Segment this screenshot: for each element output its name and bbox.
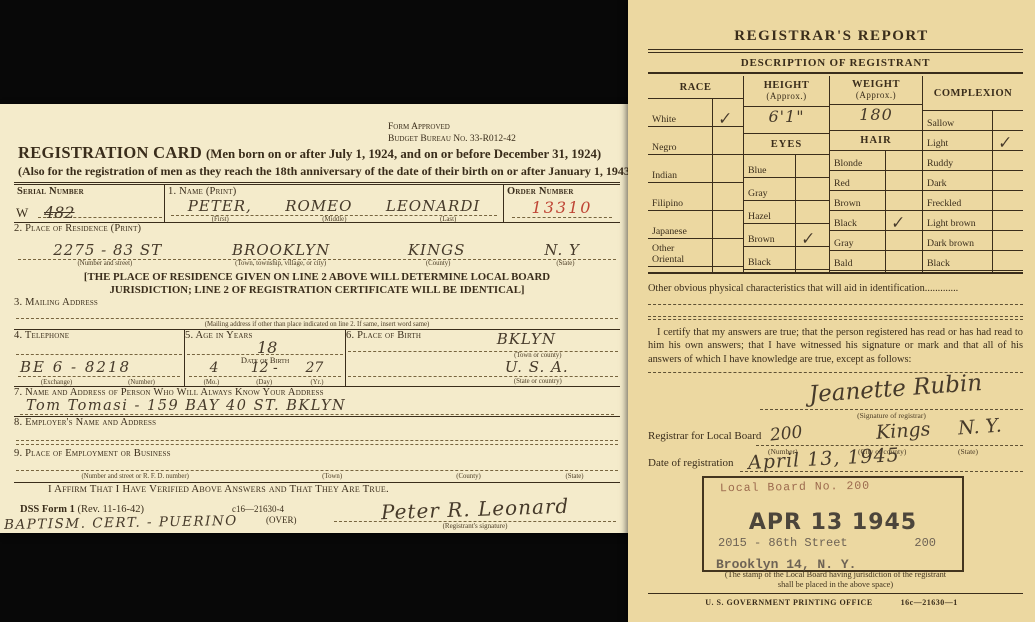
dotted-line xyxy=(16,354,182,355)
complexion-row-light-brown: Light brown xyxy=(923,211,1023,231)
card-title-line: REGISTRATION CARD (Men born on or after … xyxy=(18,143,601,163)
race-check-cell xyxy=(712,211,743,238)
local-board-stamp: Local Board No. 200 APR 13 1945 2015 - 8… xyxy=(702,476,964,572)
employer-field: 8. Employer's Name and Address xyxy=(14,417,620,448)
hair-row-bald: Bald xyxy=(830,251,922,271)
name-sub-middle: (Middle) xyxy=(322,216,346,223)
over-label: (OVER) xyxy=(266,515,297,525)
race-option-label: Filipino xyxy=(648,183,712,210)
race-check-cell xyxy=(712,183,743,210)
row-telephone-age-birth: 4. Telephone BE 6 - 8218 (Exchange) (Num… xyxy=(14,330,620,387)
residence-sub-city: (Town, township, village, or city) xyxy=(196,260,366,270)
complexion-filler xyxy=(923,271,992,272)
hair-check-cell xyxy=(885,171,922,190)
jurisdiction-line1: [THE PLACE OF RESIDENCE GIVEN ON LINE 2 … xyxy=(14,271,620,284)
eyes-option-label: Brown xyxy=(744,224,795,246)
height-value-handwriting: 6'1" xyxy=(744,107,829,134)
form-number: DSS Form 1 xyxy=(20,504,75,515)
race-row-indian: Indian xyxy=(648,155,743,183)
birth-country-handwriting: U. S. A. xyxy=(505,358,569,376)
race-check-cell: ✓ xyxy=(712,99,743,126)
card-subtitle: (Also for the registration of men as the… xyxy=(18,164,628,179)
date-of-birth-handwriting: 4 12 - 27 xyxy=(189,360,341,377)
signature-line: Peter R. Leonard xyxy=(334,497,616,522)
name-sublabels: (First) (Middle) (Last) xyxy=(165,216,503,223)
race-option-label: Other Oriental xyxy=(648,239,712,266)
scanned-documents-page: Form Approved Budget Bureau No. 33-R012-… xyxy=(0,0,1035,622)
stamp-board-line: Local Board No. 200 xyxy=(720,480,870,496)
telephone-sub-number: (Number) xyxy=(99,379,184,386)
eyes-header: EYES xyxy=(744,134,829,155)
eyes-options: BlueGrayHazelBrown✓Black xyxy=(744,155,829,272)
telephone-sublabels: (Exchange) (Number) xyxy=(14,379,184,386)
employment-label: 9. Place of Employment or Business xyxy=(14,448,620,459)
mailing-address-label: 3. Mailing Address xyxy=(14,297,620,308)
eyes-option-label: Gray xyxy=(744,178,795,200)
card-title: REGISTRATION CARD xyxy=(18,143,202,162)
hair-options: BlondeRedBrownBlack✓GrayBald xyxy=(830,151,922,272)
dotted-line xyxy=(16,318,618,319)
employment-sub-town: (Town) xyxy=(256,473,408,480)
dotted-line xyxy=(16,440,618,441)
birth-town-handwriting: BKLYN xyxy=(497,330,556,348)
weight-value-handwriting: 180 xyxy=(830,105,922,131)
eyes-row-brown: Brown✓ xyxy=(744,224,829,247)
board-city-handwriting: Kings xyxy=(875,418,931,444)
complexion-option-label: Dark xyxy=(923,171,992,190)
name-sub-first: (First) xyxy=(212,216,229,223)
other-characteristics-line: Other obvious physical characteristics t… xyxy=(648,283,1023,294)
residence-sub-street: (Number and street) xyxy=(14,260,196,270)
telephone-handwriting: BE 6 - 8218 xyxy=(18,358,180,377)
complexion-option-label: Dark brown xyxy=(923,231,992,250)
residence-sub-state: (State) xyxy=(511,260,620,270)
form-revision: (Rev. 11-16-42) xyxy=(77,504,144,515)
name-field: 1. Name (Print) PETER, ROMEO LEONARDI (F… xyxy=(164,185,503,222)
order-number-label: Order Number xyxy=(504,185,620,197)
card-title-note: (Men born on or after July 1, 1924, and … xyxy=(206,147,601,161)
hair-checkmark: ✓ xyxy=(889,212,905,233)
printing-code: 16c—21630—1 xyxy=(901,598,958,607)
registration-date-label: Date of registration xyxy=(648,457,734,469)
spacer xyxy=(504,218,620,222)
hair-check-cell xyxy=(885,151,922,170)
place-of-birth-field: 6. Place of Birth BKLYN (Town or county)… xyxy=(345,330,620,386)
complexion-row-dark-brown: Dark brown xyxy=(923,231,1023,251)
race-header: RACE xyxy=(648,76,743,99)
stamp-caption: (The stamp of the Local Board having jur… xyxy=(648,570,1023,590)
height-approx-label: (Approx.) xyxy=(744,92,829,102)
hair-option-label: Red xyxy=(830,171,885,190)
hair-option-label: Gray xyxy=(830,231,885,250)
registrant-signature-handwriting: Peter R. Leonard xyxy=(380,494,569,525)
serial-number-label: Serial Number xyxy=(14,185,164,197)
complexion-row-sallow: Sallow xyxy=(923,111,1023,131)
dob-sublabels: (Mo.) (Day) (Yr.) xyxy=(185,379,345,386)
complexion-filler-row xyxy=(923,271,1023,272)
dob-sub-month: (Mo.) xyxy=(185,379,238,386)
place-of-birth-label: 6. Place of Birth xyxy=(346,330,620,341)
telephone-field: 4. Telephone BE 6 - 8218 (Exchange) (Num… xyxy=(14,330,184,386)
complexion-filler-check xyxy=(992,271,1023,272)
print-code: c16—21630-4 xyxy=(232,504,284,514)
weight-approx-label: (Approx.) xyxy=(830,91,922,101)
complexion-option-label: Light xyxy=(923,131,992,150)
complexion-checkmark: ✓ xyxy=(996,132,1012,153)
complexion-check-cell xyxy=(992,231,1023,250)
telephone-sub-exchange: (Exchange) xyxy=(14,379,99,386)
serial-number-field: Serial Number W 482 xyxy=(14,185,164,222)
complexion-row-freckled: Freckled xyxy=(923,191,1023,211)
jurisdiction-line2: JURISDICTION; LINE 2 OF REGISTRATION CER… xyxy=(14,284,620,297)
residence-county: KINGS xyxy=(365,241,509,259)
name-first: PETER, xyxy=(188,197,252,215)
employment-sub-state: (State) xyxy=(529,473,620,480)
dashed-line xyxy=(648,319,1023,320)
dob-day: 12 - xyxy=(239,360,289,376)
hair-option-label: Black xyxy=(830,211,885,230)
dob-month: 4 xyxy=(189,360,239,376)
stamp-street: 2015 - 86th Street xyxy=(718,536,848,550)
eyes-filler-check xyxy=(795,270,829,272)
complexion-row-light: Light✓ xyxy=(923,131,1023,151)
race-row-negro: Negro xyxy=(648,127,743,155)
complexion-check-cell xyxy=(992,111,1023,130)
eyes-filler xyxy=(744,270,795,272)
eyes-option-label: Blue xyxy=(744,155,795,177)
name-handwriting: PETER, ROMEO LEONARDI xyxy=(171,197,497,216)
eyes-option-label: Hazel xyxy=(744,201,795,223)
serial-prefix: W xyxy=(16,205,28,221)
residence-handwriting: 2275 - 83 ST BROOKLYN KINGS N. Y xyxy=(18,234,616,260)
double-rule xyxy=(648,49,1023,53)
form-grid: Serial Number W 482 1. Name (Print) PETE… xyxy=(14,182,620,533)
employment-sub-county: (County) xyxy=(408,473,529,480)
hair-check-cell xyxy=(885,251,922,270)
dashed-line xyxy=(648,316,1023,317)
residence-sublabels: (Number and street) (Town, township, vil… xyxy=(14,260,620,270)
printing-office-footer: U. S. GOVERNMENT PRINTING OFFICE16c—2163… xyxy=(628,598,1035,607)
hair-row-red: Red xyxy=(830,171,922,191)
hair-check-cell xyxy=(885,191,922,210)
form-number-line: DSS Form 1 (Rev. 11-16-42) xyxy=(20,504,144,515)
contact-person-field: 7. Name and Address of Person Who Will A… xyxy=(14,387,620,417)
height-eyes-column: HEIGHT (Approx.) 6'1" EYES BlueGrayHazel… xyxy=(743,76,829,272)
order-number-handwriting: 13310 xyxy=(512,197,612,218)
complexion-check-cell xyxy=(992,171,1023,190)
eyes-option-label: Black xyxy=(744,247,795,269)
complexion-column: COMPLEXION SallowLight✓RuddyDarkFreckled… xyxy=(922,76,1023,272)
eyes-row-hazel: Hazel xyxy=(744,201,829,224)
eyes-check-cell: ✓ xyxy=(795,224,829,246)
hair-filler-check xyxy=(885,271,922,272)
dashed-line xyxy=(648,304,1023,305)
jurisdiction-notice: [THE PLACE OF RESIDENCE GIVEN ON LINE 2 … xyxy=(14,270,620,297)
board-state-sublabel: (State) xyxy=(958,447,978,456)
hair-row-brown: Brown xyxy=(830,191,922,211)
form-approved-line1: Form Approved xyxy=(388,122,516,134)
race-row-filipino: Filipino xyxy=(648,183,743,211)
registration-card: Form Approved Budget Bureau No. 33-R012-… xyxy=(0,104,628,533)
hair-header: HAIR xyxy=(830,131,922,151)
weight-header: WEIGHT (Approx.) xyxy=(830,76,922,105)
telephone-label: 4. Telephone xyxy=(14,330,184,341)
board-number-handwriting: 200 xyxy=(769,422,803,445)
name-label: 1. Name (Print) xyxy=(165,185,503,197)
dotted-line xyxy=(16,470,618,471)
race-options: White✓NegroIndianFilipinoJapaneseOther O… xyxy=(648,99,743,272)
race-check-cell xyxy=(712,127,743,154)
employer-label: 8. Employer's Name and Address xyxy=(14,417,620,428)
race-option-label: White xyxy=(648,99,712,126)
order-number-field: Order Number 13310 xyxy=(503,185,620,222)
eyes-row-blue: Blue xyxy=(744,155,829,178)
complexion-check-cell xyxy=(992,151,1023,170)
dob-year: 27 xyxy=(289,360,339,376)
weight-hair-column: WEIGHT (Approx.) 180 HAIR BlondeRedBrown… xyxy=(829,76,922,272)
eyes-checkmark: ✓ xyxy=(799,228,815,249)
dob-sub-year: (Yr.) xyxy=(291,379,344,386)
complexion-check-cell xyxy=(992,191,1023,210)
hair-filler-row xyxy=(830,271,922,272)
name-last: LEONARDI xyxy=(386,197,480,215)
name-middle: ROMEO xyxy=(285,197,352,215)
mailing-address-field: 3. Mailing Address (Mailing address if o… xyxy=(14,297,620,330)
printing-office-text: U. S. GOVERNMENT PRINTING OFFICE xyxy=(705,598,872,607)
race-filler xyxy=(648,267,712,272)
stamp-caption-line2: shall be placed in the above space) xyxy=(648,580,1023,590)
registrar-signature-line xyxy=(760,409,1023,410)
serial-value-handwriting: 482 xyxy=(44,203,75,222)
stamp-caption-line1: (The stamp of the Local Board having jur… xyxy=(648,570,1023,580)
residence-sub-county: (County) xyxy=(365,260,510,270)
dotted-line xyxy=(348,376,618,377)
certification-paragraph: I certify that my answers are true; that… xyxy=(648,326,1023,366)
eyes-check-cell xyxy=(795,178,829,200)
footer-rule xyxy=(648,593,1023,594)
description-section-title: DESCRIPTION OF REGISTRANT xyxy=(648,55,1023,74)
hair-option-label: Bald xyxy=(830,251,885,270)
stamp-date: APR 13 1945 xyxy=(704,510,962,535)
mailing-address-sublabel: (Mailing address if other than place ind… xyxy=(14,321,620,328)
hair-row-blonde: Blonde xyxy=(830,151,922,171)
dotted-line xyxy=(16,444,618,445)
complexion-option-label: Sallow xyxy=(923,111,992,130)
residence-field: 2. Place of Residence (Print) 2275 - 83 … xyxy=(14,223,620,270)
hair-row-black: Black✓ xyxy=(830,211,922,231)
contact-person-handwriting: Tom Tomasi - 159 BAY 40 ST. BKLYN xyxy=(20,398,614,415)
race-option-label: Japanese xyxy=(648,211,712,238)
residence-state: N. Y xyxy=(508,241,616,259)
eyes-filler-row xyxy=(744,270,829,272)
race-column: RACE White✓NegroIndianFilipinoJapaneseOt… xyxy=(648,76,743,272)
name-sub-last: (Last) xyxy=(440,216,456,223)
race-filler-check xyxy=(712,267,743,272)
race-row-japanese: Japanese xyxy=(648,211,743,239)
eyes-row-black: Black xyxy=(744,247,829,270)
hair-filler xyxy=(830,271,885,272)
contact-person-label: 7. Name and Address of Person Who Will A… xyxy=(14,387,620,398)
age-field: 5. Age in Years 18 Date of Birth 4 12 - … xyxy=(184,330,345,386)
employment-sublabels: (Number and street or R. F. D. number) (… xyxy=(14,473,620,480)
eyes-check-cell xyxy=(795,247,829,269)
row-serial-name-order: Serial Number W 482 1. Name (Print) PETE… xyxy=(14,185,620,223)
race-row-other-oriental: Other Oriental xyxy=(648,239,743,267)
hair-check-cell xyxy=(885,231,922,250)
race-option-label: Negro xyxy=(648,127,712,154)
eyes-row-gray: Gray xyxy=(744,178,829,201)
race-check-cell xyxy=(712,155,743,182)
complexion-check-cell xyxy=(992,251,1023,270)
registrar-signature-handwriting: Jeanette Rubin xyxy=(777,368,1013,410)
complexion-option-label: Freckled xyxy=(923,191,992,210)
race-filler-row xyxy=(648,267,743,272)
complexion-check-cell xyxy=(992,211,1023,230)
race-option-label: Indian xyxy=(648,155,712,182)
stamp-number: 200 xyxy=(914,536,936,550)
dob-sub-day: (Day) xyxy=(238,379,291,386)
complexion-header: COMPLEXION xyxy=(923,76,1023,111)
residence-label: 2. Place of Residence (Print) xyxy=(14,223,620,234)
local-board-label: Registrar for Local Board xyxy=(648,430,761,442)
residence-street: 2275 - 83 ST xyxy=(18,241,197,259)
height-header: HEIGHT (Approx.) xyxy=(744,76,829,107)
complexion-row-dark: Dark xyxy=(923,171,1023,191)
registrant-signature-label: (Registrant's signature) xyxy=(334,522,616,530)
race-row-white: White✓ xyxy=(648,99,743,127)
board-state-handwriting: N. Y. xyxy=(957,415,1002,440)
complexion-row-ruddy: Ruddy xyxy=(923,151,1023,171)
eyes-check-cell xyxy=(795,201,829,223)
eyes-check-cell xyxy=(795,155,829,177)
complexion-option-label: Light brown xyxy=(923,211,992,230)
race-checkmark: ✓ xyxy=(716,108,732,129)
complexion-option-label: Black xyxy=(923,251,992,270)
hair-check-cell: ✓ xyxy=(885,211,922,230)
registrant-signature-block: Peter R. Leonard (Registrant's signature… xyxy=(334,497,616,530)
dashed-line xyxy=(740,471,1023,472)
hair-option-label: Blonde xyxy=(830,151,885,170)
complexion-option-label: Ruddy xyxy=(923,151,992,170)
hair-row-gray: Gray xyxy=(830,231,922,251)
residence-city: BROOKLYN xyxy=(197,241,364,259)
complexion-check-cell: ✓ xyxy=(992,131,1023,150)
hair-option-label: Brown xyxy=(830,191,885,210)
complexion-row-black: Black xyxy=(923,251,1023,271)
registrars-report-card: REGISTRAR'S REPORT DESCRIPTION OF REGIST… xyxy=(628,0,1035,622)
employment-sub-street: (Number and street or R. F. D. number) xyxy=(14,473,256,480)
race-check-cell xyxy=(712,239,743,266)
report-title: REGISTRAR'S REPORT xyxy=(628,28,1035,45)
birth-country-sublabel: (State or country) xyxy=(456,378,620,385)
description-table: RACE White✓NegroIndianFilipinoJapaneseOt… xyxy=(648,76,1023,274)
employment-field: 9. Place of Employment or Business (Numb… xyxy=(14,448,620,483)
complexion-options: SallowLight✓RuddyDarkFreckledLight brown… xyxy=(923,111,1023,272)
